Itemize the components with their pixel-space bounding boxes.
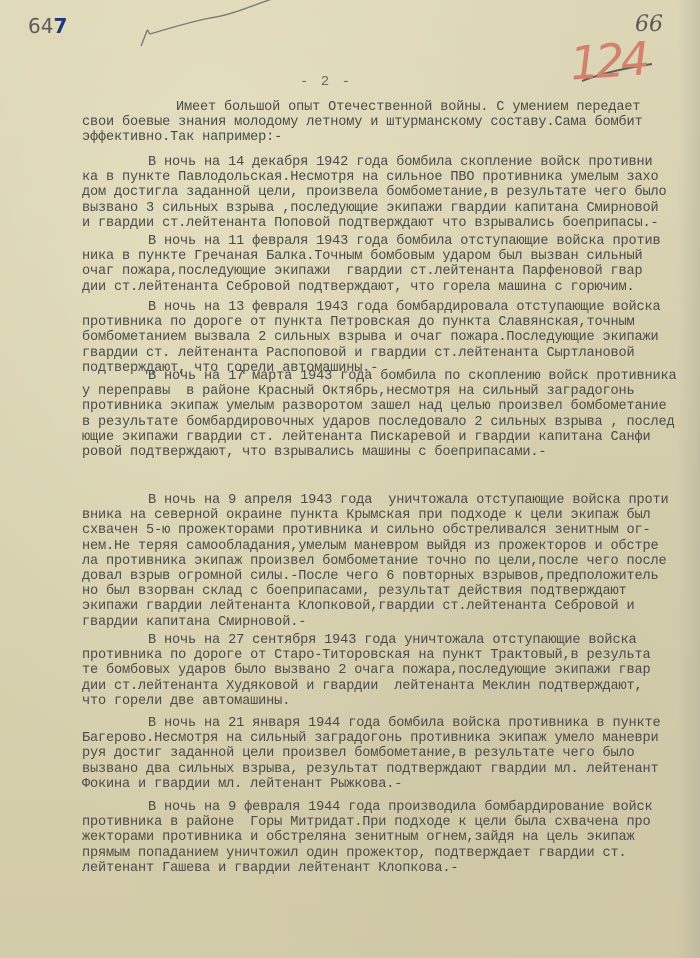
paragraph-first-line: В ночь на 21 января 1944 года бомбила во…	[148, 716, 661, 731]
paragraph-line: что горели две автомашины.	[82, 694, 290, 709]
page-number-marker: - 2 -	[300, 74, 352, 90]
page-edge-shadow	[678, 0, 700, 958]
paragraph-line: ка в пункте Павлодольская.Несмотря на си…	[82, 170, 659, 185]
paragraph-first-line: В ночь на 9 февраля 1944 года производил…	[148, 800, 652, 815]
paragraph-line: гвардии капитана Смирновой.-	[82, 615, 306, 630]
paragraph-line: схвачен 5-ю прожекторами противника и си…	[82, 523, 651, 538]
paragraph-line: вызвано 3 сильных взрыва ,последующие эк…	[82, 201, 659, 216]
paragraph-line: ровой подтверждают, что взрывались машин…	[82, 445, 546, 460]
paragraph-first-line: В ночь на 14 декабря 1942 года бомбила с…	[148, 155, 652, 170]
paragraph-first-line: В ночь на 27 сентября 1943 года уничтожа…	[148, 633, 636, 648]
paragraph-line: свои боевые знания молодому летному и шт…	[82, 115, 643, 130]
paragraph-first-line: Имеет большой опыт Отечественной войны. …	[176, 100, 640, 115]
archive-number-handwritten: 647	[28, 14, 67, 38]
paragraph-line: противника по дороге от Старо-Титоровска…	[82, 648, 651, 663]
paragraph-line: довал взрыв огромной силы.-После чего 6 …	[82, 569, 659, 584]
paragraph-line: дии ст.лейтенанта Себровой подтверждают,…	[82, 280, 635, 295]
paragraph-line: у переправы в районе Красный Октябрь,нес…	[82, 384, 635, 399]
paragraph-first-line: В ночь на 9 апреля 1943 года уничтожала …	[148, 493, 669, 508]
paragraph-line: вызвано два сильных взрыва, результат по…	[82, 762, 659, 777]
paragraph-line: те бомбовых ударов было вызвано 2 очага …	[82, 663, 651, 678]
paragraph-line: дии ст.лейтенанта Худяковой и гвардии ле…	[82, 679, 643, 694]
paragraph-line: Фокина и гвардии мл. лейтенант Рыжкова.-	[82, 777, 402, 792]
paragraph-line: ника в пункте Гречаная Балка.Точным бомб…	[82, 249, 643, 264]
paragraph-line: но был взорван склад с боеприпасами, рез…	[82, 584, 627, 599]
red-pencil-number: 124	[568, 31, 647, 90]
paragraph-line: противника в районе Горы Митридат.При по…	[82, 815, 651, 830]
archive-number-corrected-digit: 7	[53, 14, 67, 38]
paragraph-line: жекторами противника и обстреляна зенитн…	[82, 830, 635, 845]
paragraph-line: гвардии ст. лейтенанта Распоповой и гвар…	[82, 346, 635, 361]
paragraph-first-line: В ночь на 11 февраля 1943 года бомбила о…	[148, 234, 661, 249]
paragraph-line: противника по дороге от пункта Петровска…	[82, 315, 635, 330]
paragraph-line: ла противника экипаж произвел бомбометан…	[82, 554, 667, 569]
paragraph-line: в результате бомбардировочных ударов пос…	[82, 415, 675, 430]
paragraph-line: и гвардии ст.лейтенанта Поповой подтверж…	[82, 216, 659, 231]
paragraph-line: ющие экипажи гвардии ст. лейтенанта Писк…	[82, 430, 651, 445]
paragraph-first-line: В ночь на 17 марта 1943 года бомбила по …	[148, 369, 677, 384]
paragraph-line: дом достигла заданной цели, произвела бо…	[82, 185, 667, 200]
paragraph-line: руя достиг заданной цели произвел бомбом…	[82, 746, 635, 761]
document-page: 647 66 124 - 2 - Имеет большой опыт Отеч…	[0, 0, 700, 958]
paragraph-line: вника на северной окраине пункта Крымска…	[82, 508, 651, 523]
paragraph-line: эффективно.Так например:-	[82, 130, 282, 145]
paragraph-line: Багерово.Несмотря на сильный заградогонь…	[82, 731, 659, 746]
archive-number-prefix: 64	[28, 14, 53, 38]
paragraph-line: экипажи гвардии лейтенанта Клопковой,гва…	[82, 599, 635, 614]
paragraph-first-line: В ночь на 13 февраля 1943 года бомбардир…	[148, 300, 661, 315]
paragraph-line: противника экипаж умелым разворотом заше…	[82, 399, 667, 414]
paragraph-line: бомбометанием вызвала 2 сильных взрыва и…	[82, 330, 659, 345]
paragraph-line: прямым попаданием уничтожил один прожект…	[82, 846, 627, 861]
paragraph-line: нем.Не теряя самообладания,умелым маневр…	[82, 539, 659, 554]
paragraph-line: очаг пожара,последующие экипажи гвардии …	[82, 264, 643, 279]
paragraph-line: лейтенант Гашева и гвардии лейтенант Кло…	[82, 861, 458, 876]
